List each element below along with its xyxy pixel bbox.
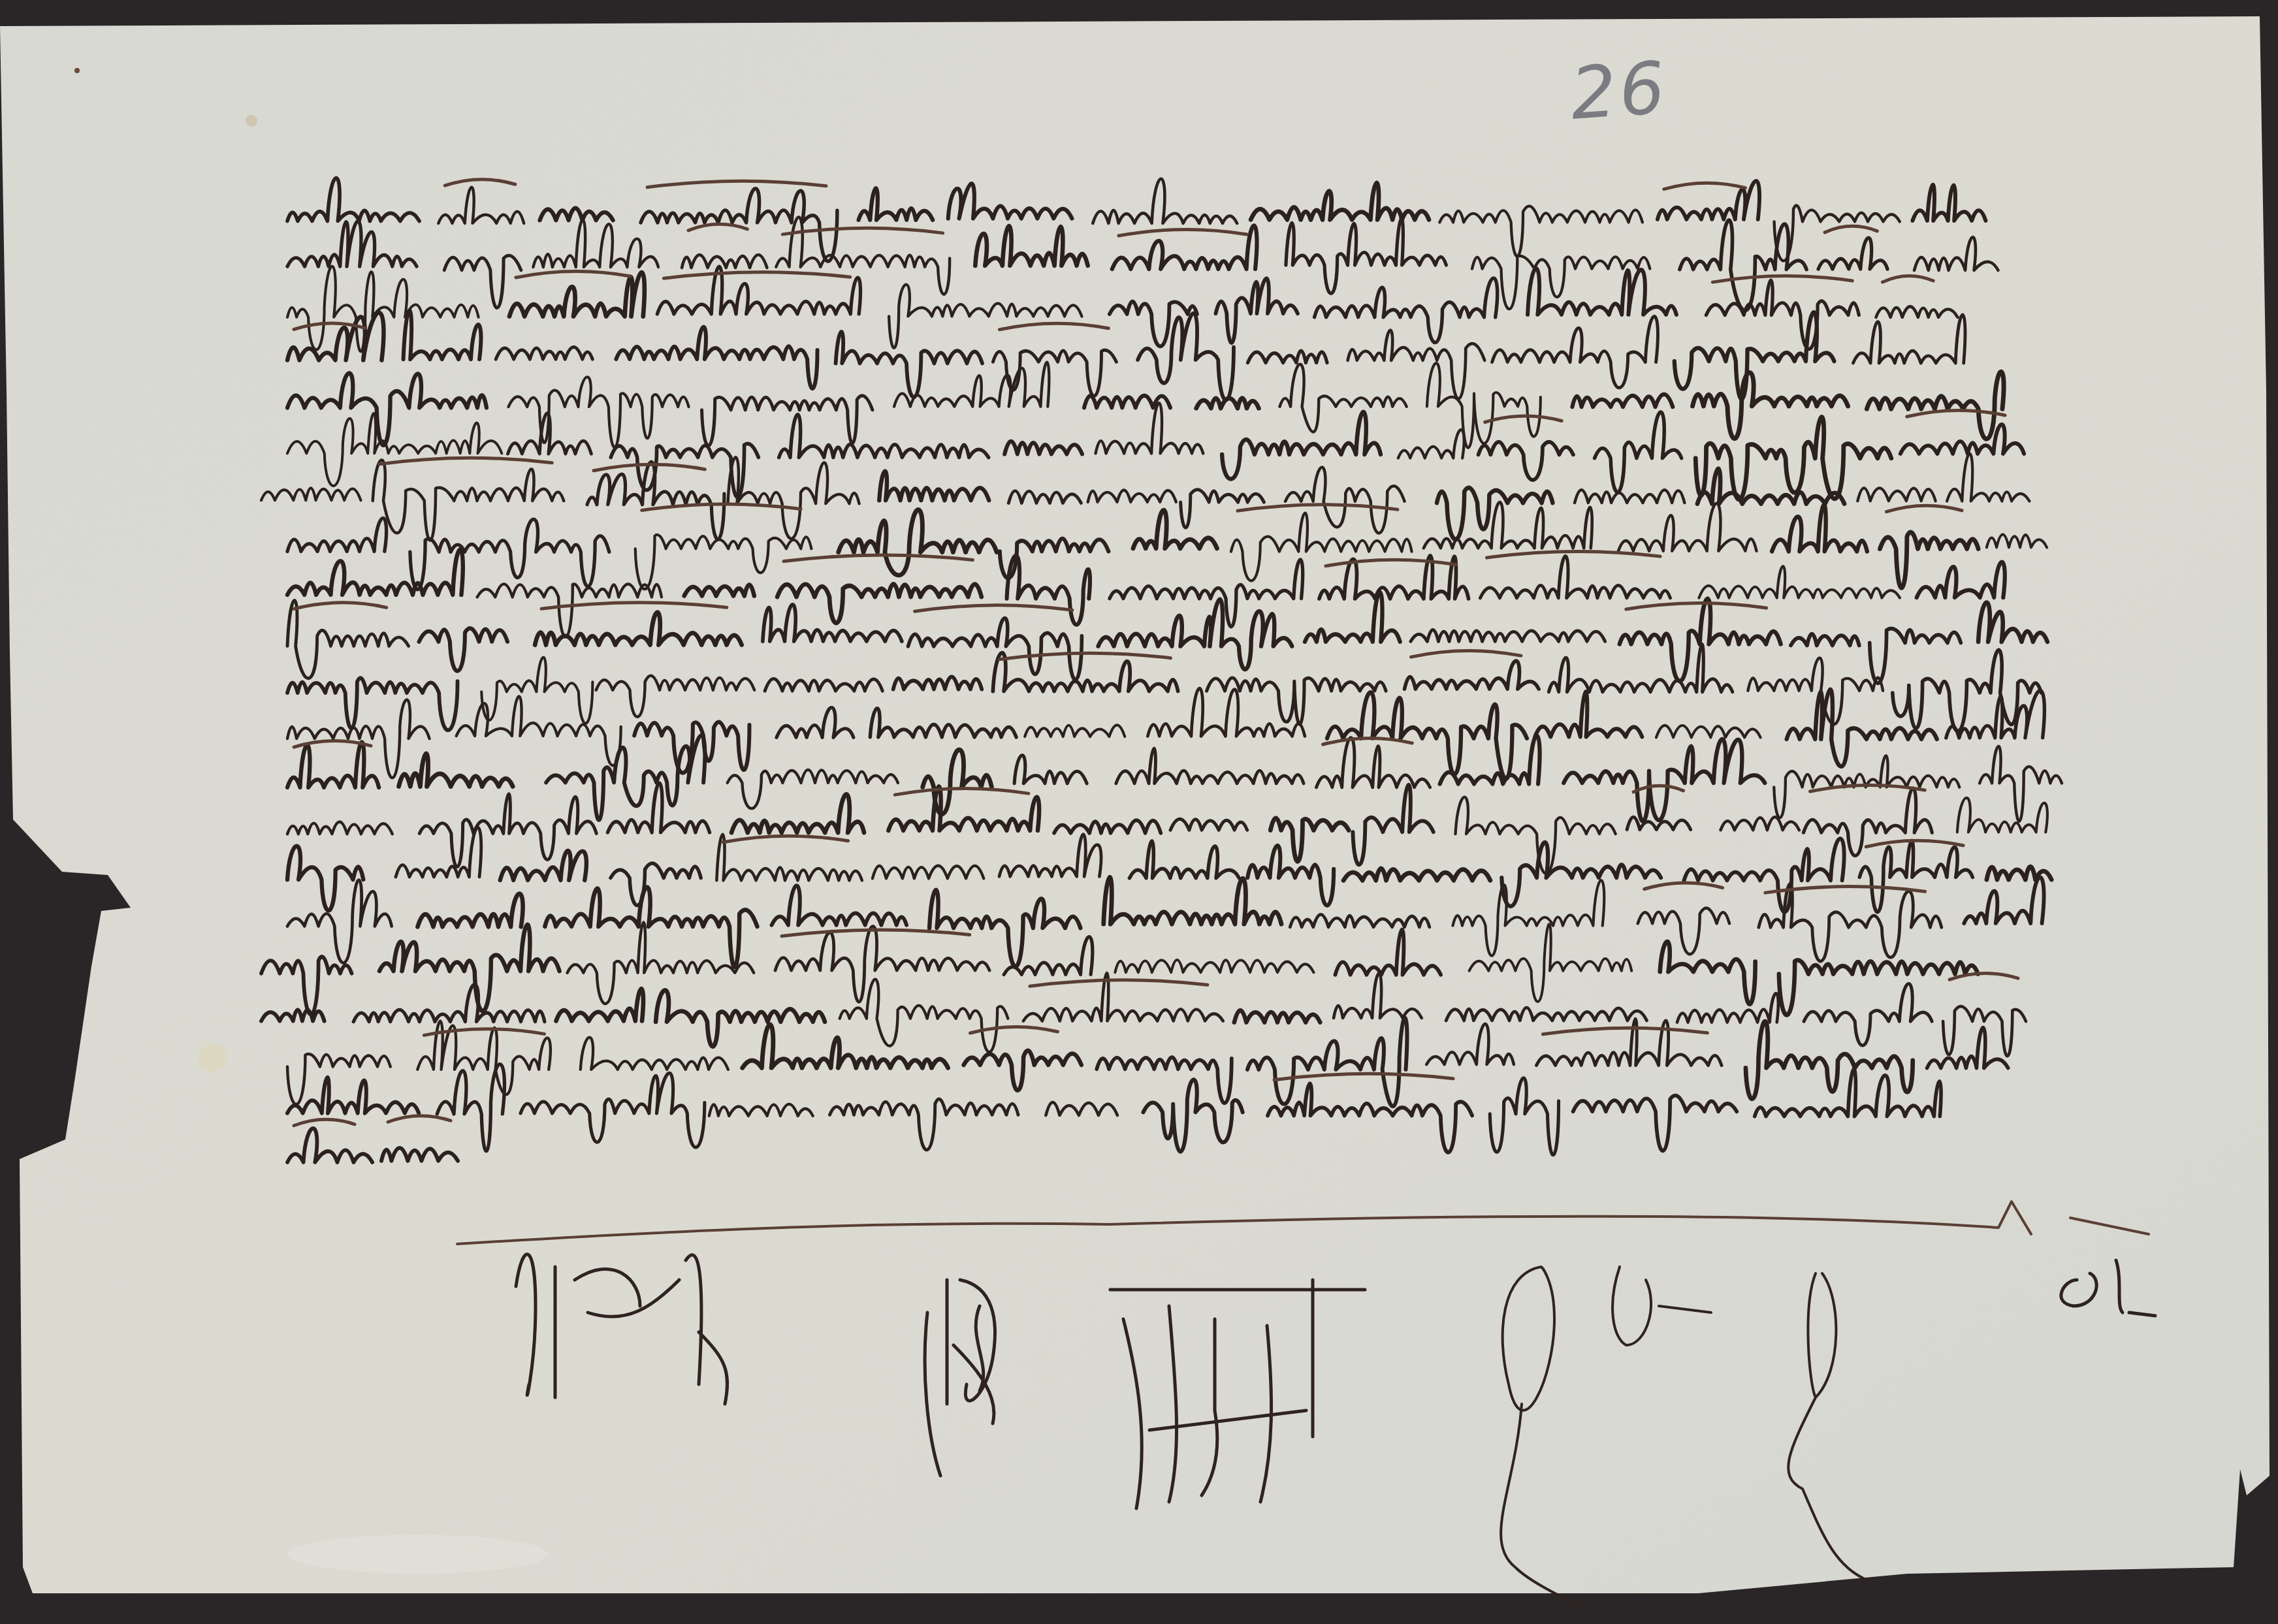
manuscript-svg [0, 0, 2278, 1624]
folio-number: 26 [1568, 46, 1671, 136]
manuscript-photo: 26 [0, 0, 2278, 1624]
